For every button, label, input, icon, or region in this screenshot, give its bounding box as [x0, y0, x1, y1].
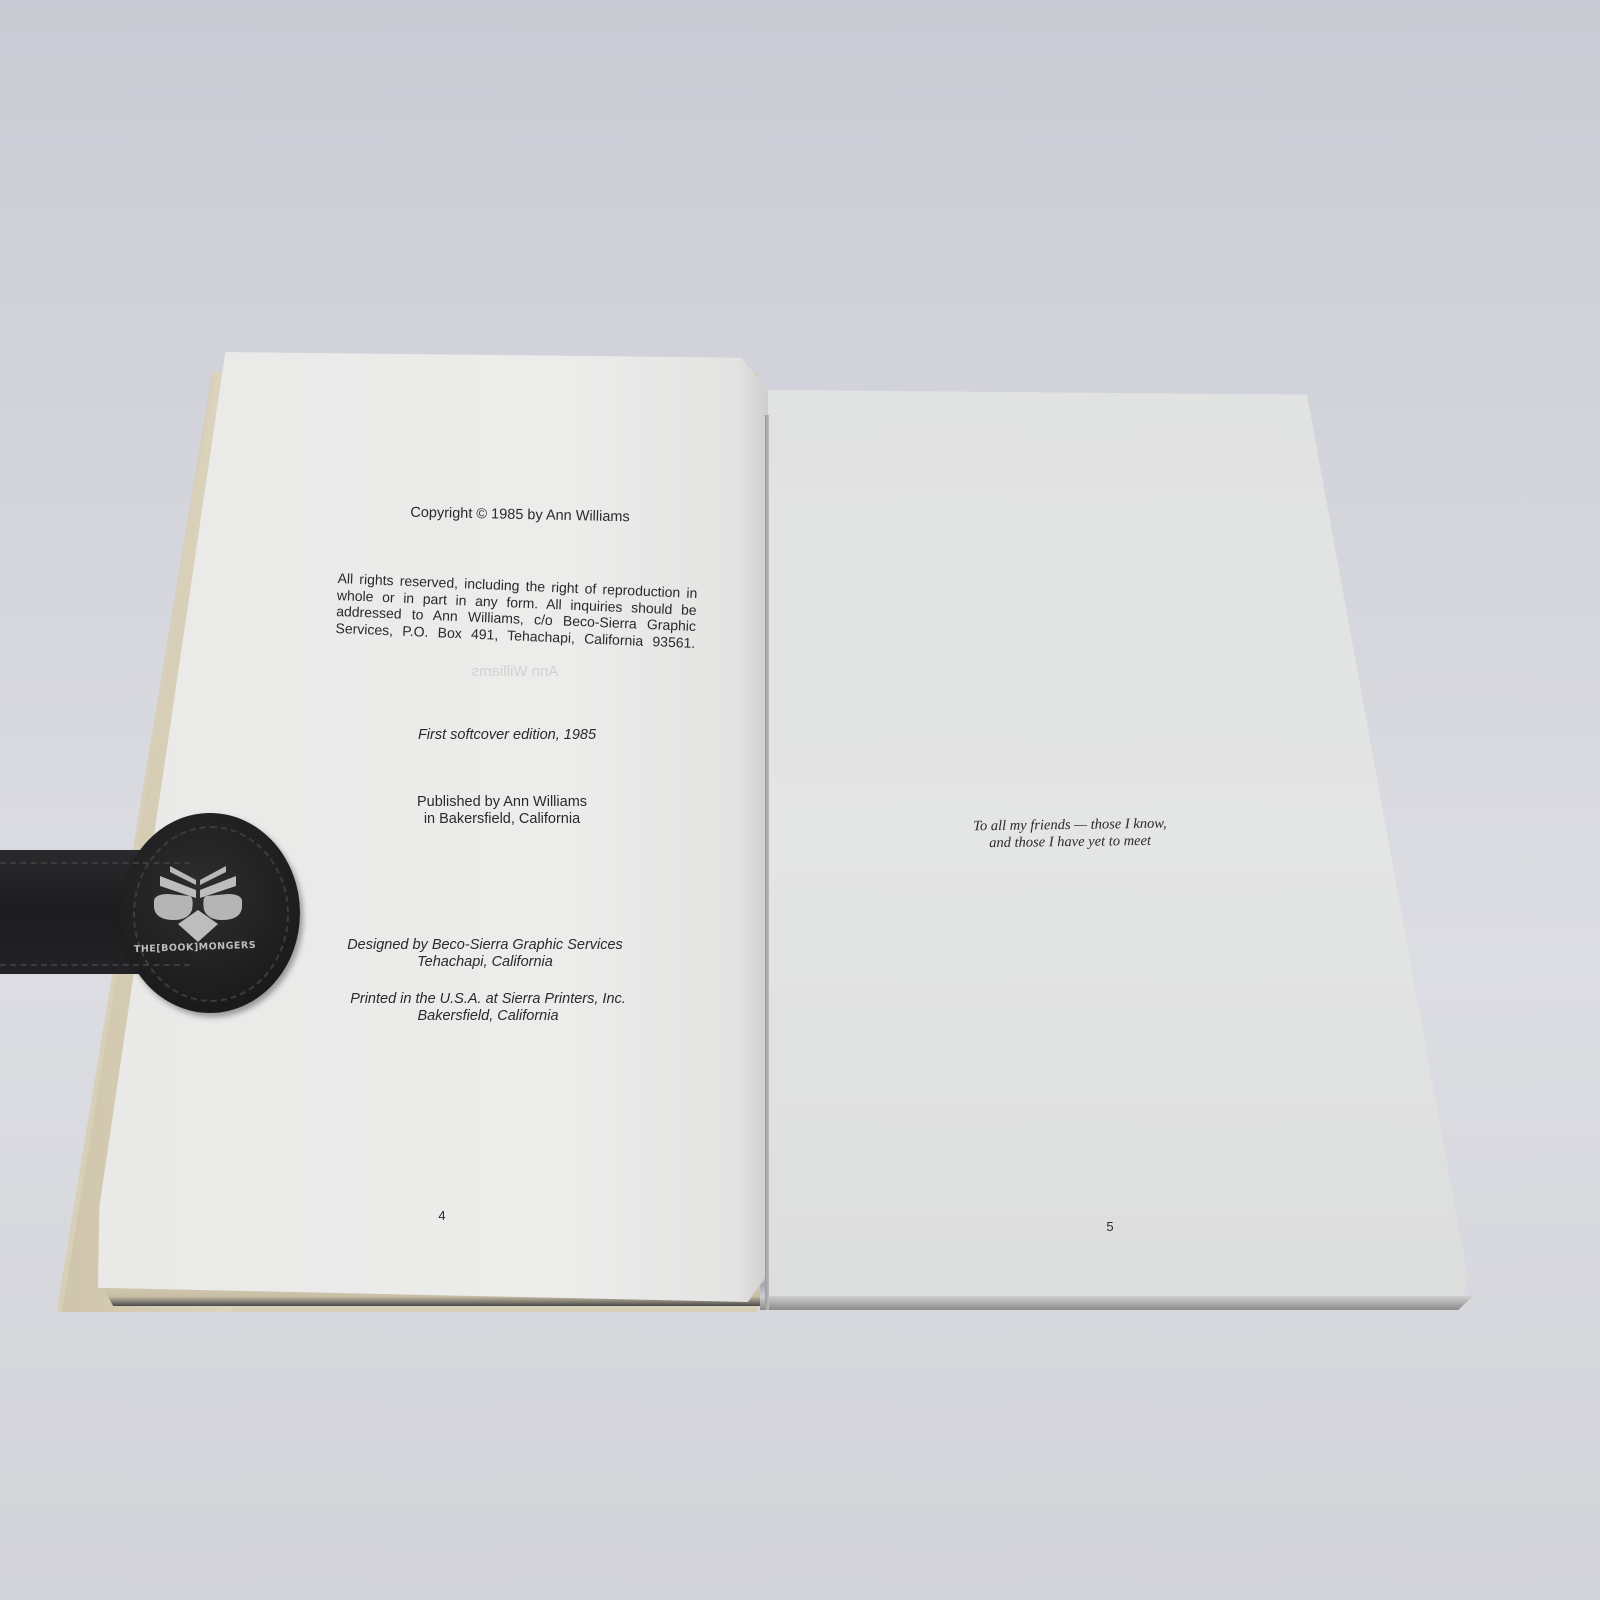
- show-through-author: Ann Williams: [420, 663, 610, 680]
- book-with-glasses-icon: [148, 858, 248, 948]
- designed-line: Designed by Beco-Sierra Graphic Services: [325, 937, 645, 954]
- photo-scene: Copyright © 1985 by Ann Williams All rig…: [0, 0, 1600, 1600]
- printed-block: Printed in the U.S.A. at Sierra Printers…: [318, 991, 658, 1025]
- dedication: To all my friends — those I know, and th…: [900, 815, 1240, 854]
- designed-location: Tehachapi, California: [325, 954, 645, 971]
- book-gutter: [765, 415, 769, 1310]
- page-number-left: 4: [432, 1207, 452, 1224]
- published-line: Published by Ann Williams: [392, 794, 612, 811]
- printed-location: Bakersfield, California: [318, 1008, 658, 1025]
- right-page-stack-edge: [760, 1296, 1480, 1310]
- published-location: in Bakersfield, California: [392, 811, 612, 828]
- designed-block: Designed by Beco-Sierra Graphic Services…: [325, 937, 645, 971]
- printed-line: Printed in the U.S.A. at Sierra Printers…: [318, 991, 658, 1008]
- edition-line: First softcover edition, 1985: [392, 727, 622, 744]
- published-block: Published by Ann Williams in Bakersfield…: [392, 794, 612, 828]
- page-number-right: 5: [1100, 1218, 1120, 1235]
